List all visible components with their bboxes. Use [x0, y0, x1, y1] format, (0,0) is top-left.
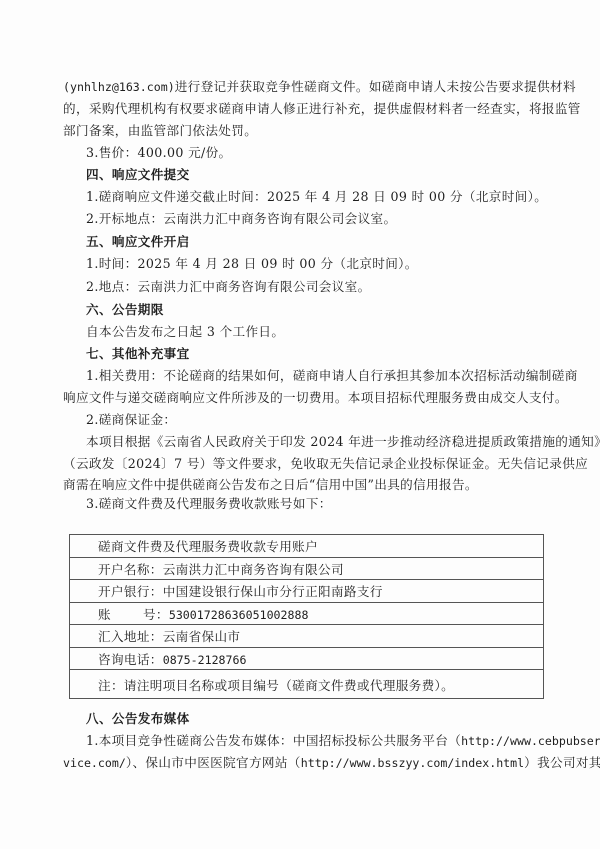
cebpubservice-link-cont[interactable]: vice.com/ — [63, 756, 126, 770]
paragraph-continuation-line-1: (ynhlhz@163.com)进行登记并获取竞争性磋商文件。如磋商申请人未按公… — [63, 79, 545, 95]
paragraph-continuation-line-3: 部门备案，由监管部门依法处罚。 — [63, 123, 545, 139]
bsszyy-link[interactable]: http://www.bsszyy.com/index.html — [301, 756, 524, 770]
phone-value: 0875-2128766 — [163, 653, 247, 667]
section-8-heading: 八、公告发布媒体 — [86, 711, 545, 727]
phone-label: 咨询电话： — [98, 652, 163, 667]
section-7-item-1-line-1: 1.相关费用：不论磋商的结果如何，磋商申请人自行承担其参加本次招标活动编制磋商 — [86, 368, 545, 384]
section-5-item-1: 1.时间：2025 年 4 月 28 日 09 时 00 分（北京时间）。 — [86, 256, 545, 272]
section-6-heading: 六、公告期限 — [86, 302, 545, 318]
section-7-item-2-label: 2.磋商保证金： — [86, 412, 545, 428]
section-5-item-2: 2.地点：云南洪力汇中商务咨询有限公司会议室。 — [86, 279, 545, 295]
account-info-table: 磋商文件费及代理服务费收款专用账户 开户名称：云南洪力汇中商务咨询有限公司 开户… — [69, 534, 544, 699]
email-address: (ynhlhz@163.com) — [63, 80, 175, 94]
remit-address-cell: 汇入地址：云南省保山市 — [70, 625, 544, 648]
table-row: 汇入地址：云南省保山市 — [70, 625, 544, 648]
price-item: 3.售价：400.00 元/份。 — [86, 145, 545, 161]
account-number-cell: 账号：53001728636051002888 — [70, 602, 544, 625]
section-8-item-1-line-1: 1.本项目竞争性磋商公告发布媒体：中国招标投标公共服务平台（http://www… — [86, 733, 545, 749]
bank-label: 开户银行： — [98, 584, 163, 599]
phone-cell: 咨询电话：0875-2128766 — [70, 647, 544, 670]
remit-address-label: 汇入地址： — [98, 629, 163, 644]
paragraph-continuation-line-2: 的，采购代理机构有权要求磋商申请人修正进行补充，提供虚假材料者一经查实，将报监管 — [63, 101, 545, 117]
account-number-value: 53001728636051002888 — [169, 608, 309, 622]
section-4-heading: 四、响应文件提交 — [86, 167, 545, 183]
account-name-cell: 开户名称：云南洪力汇中商务咨询有限公司 — [70, 557, 544, 580]
section-7-item-2-line-3: 商需在响应文件中提供磋商公告发布之日后“信用中国”出具的信用报告。 — [63, 477, 545, 493]
section-7-item-2-line-2: （云政发〔2024〕7 号）等文件要求，免收取无失信记录企业投标保证金。无失信记… — [63, 456, 545, 472]
section-5-heading: 五、响应文件开启 — [86, 234, 545, 250]
bank-value: 中国建设银行保山市分行正阳南路支行 — [163, 584, 383, 599]
section-7-item-3-label: 3.磋商文件费及代理服务费收款账号如下： — [86, 496, 545, 512]
table-row: 开户名称：云南洪力汇中商务咨询有限公司 — [70, 557, 544, 580]
account-table-title: 磋商文件费及代理服务费收款专用账户 — [70, 535, 544, 558]
account-name-label: 开户名称： — [98, 562, 163, 577]
table-row: 开户银行：中国建设银行保山市分行正阳南路支行 — [70, 580, 544, 603]
table-row: 注：请注明项目名称或项目编号（磋商文件费或代理服务费）。 — [70, 670, 544, 699]
section-4-item-2: 2.开标地点：云南洪力汇中商务咨询有限公司会议室。 — [86, 211, 545, 227]
section-8-item-1-line-2: vice.com/）、保山市中医医院官方网站（http://www.bsszyy… — [63, 755, 545, 771]
section-7-item-1-line-2: 响应文件与递交磋商响应文件所涉及的一切费用。本项目招标代理服务费由成交人支付。 — [63, 390, 545, 406]
table-row: 咨询电话：0875-2128766 — [70, 647, 544, 670]
section-6-text: 自本公告发布之日起 3 个工作日。 — [86, 324, 545, 340]
section-4-item-1: 1.磋商响应文件递交截止时间：2025 年 4 月 28 日 09 时 00 分… — [86, 189, 545, 205]
account-table-note: 注：请注明项目名称或项目编号（磋商文件费或代理服务费）。 — [70, 670, 544, 699]
remit-address-value: 云南省保山市 — [163, 629, 241, 644]
section-7-heading: 七、其他补充事宜 — [86, 346, 545, 362]
cebpubservice-link[interactable]: http://www.cebpubser — [461, 734, 600, 748]
account-number-label-b: 号： — [143, 607, 169, 622]
bank-cell: 开户银行：中国建设银行保山市分行正阳南路支行 — [70, 580, 544, 603]
account-number-label-a: 账 — [98, 607, 111, 622]
table-row: 账号：53001728636051002888 — [70, 602, 544, 625]
section-7-item-2-line-1: 本项目根据《云南省人民政府关于印发 2024 年进一步推动经济稳进提质政策措施的… — [86, 434, 545, 450]
table-row: 磋商文件费及代理服务费收款专用账户 — [70, 535, 544, 558]
document-page: (ynhlhz@163.com)进行登记并获取竞争性磋商文件。如磋商申请人未按公… — [0, 0, 600, 849]
account-name-value: 云南洪力汇中商务咨询有限公司 — [163, 562, 344, 577]
